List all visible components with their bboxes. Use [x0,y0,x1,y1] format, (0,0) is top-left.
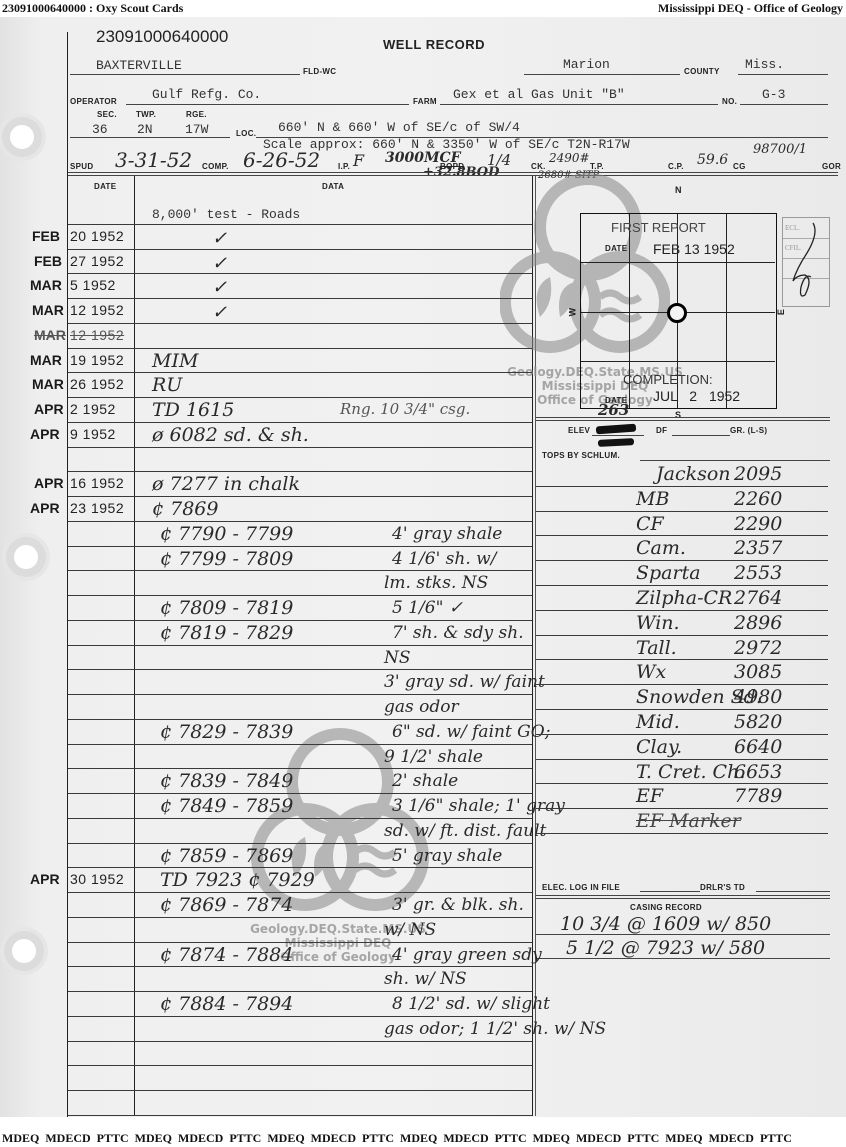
entry-day-stamp: 2 1952 [70,401,116,417]
formation-depth: 2972 [734,637,782,659]
formation-top-row: Clay.6640 [536,736,830,761]
entry-month-stamp: APR [30,500,60,516]
viewer-header: 23091000640000 : Oxy Scout Cards Mississ… [0,0,846,16]
formation-depth: 2896 [734,612,782,634]
entry-data-text: ✓ [212,228,227,249]
table-row: ¢ 7809 - 78195 1/6" ✓ [0,597,532,622]
state-value: Miss. [745,57,784,72]
formation-depth: 4980 [734,686,782,708]
county-underline [524,74,680,75]
punch-hole-top [10,125,34,149]
tops-row-rule [536,833,828,834]
casing-row-2-rule [536,958,830,959]
entry-lithology-text: 7' sh. & sdy sh. [392,623,524,643]
row-rule [68,1090,532,1091]
formation-name: EF [636,785,663,807]
entry-lithology-text: 3' gray sd. w/ faint [384,672,545,692]
gor-label: GOR [822,162,841,171]
entry-data-text: RU [152,374,182,396]
tops-row-rule [536,560,828,561]
row-rule [68,1065,532,1066]
comp-value: 6-26-52 [243,148,320,172]
elec-log-underline [640,891,700,892]
ip-label: I.P. [338,162,350,171]
state-underline [738,74,828,75]
tops-row-rule [536,808,828,809]
drlr-td-label: DRLR'S TD [700,883,745,892]
comp-label: COMP. [202,162,229,171]
field-label: FLD-WC [303,67,336,76]
tops-row-rule [536,535,828,536]
tops-row-rule [536,709,828,710]
entry-lithology-text: 6" sd. w/ faint GO; [392,722,550,742]
formation-top-row: MB2260 [536,488,830,513]
table-row: NS [0,647,532,672]
farm-underline [440,104,718,105]
entry-data-text: ¢ 7884 - 7894 [160,993,293,1015]
table-row: 9 1/2' shale [0,746,532,771]
formation-top-row: Zilpha-CR2764 [536,587,830,612]
map-west-label: W [567,308,577,317]
formation-name: CF [636,513,664,535]
entry-lithology-text: 5' gray shale [392,846,502,866]
operator-underline [126,104,409,105]
entry-lithology-text: lm. stks. NS [384,573,488,593]
formation-top-row: EF7789 [536,785,830,810]
twp-value: 2N [137,122,153,137]
entry-day-stamp: 30 1952 [70,871,124,887]
formation-top-row: Win.2896 [536,612,830,637]
formation-name: Sparta [636,562,701,584]
entry-data-text: TD 1615 [152,399,234,421]
table-row: ¢ 7790 - 77994' gray shale [0,523,532,548]
entry-data-text: ¢ 7849 - 7859 [160,795,293,817]
elec-log-label: ELEC. LOG IN FILE [542,883,620,892]
entry-data-text: ¢ 7869 - 7874 [160,894,293,916]
table-row: APR2 1952TD 1615Rng. 10 3/4" csg. [0,399,532,424]
date-column-header: DATE [94,182,116,191]
loc-value: 660' N & 660' W of SE/c of SW/4 [278,120,520,135]
entry-day-stamp: 19 1952 [70,352,124,368]
table-row: sd. w/ ft. dist. fault [0,820,532,845]
table-row: FEB27 1952✓ [0,251,532,276]
table-row: ¢ 7819 - 78297' sh. & sdy sh. [0,622,532,647]
spud-label: SPUD [70,162,93,171]
entry-data-text: ✓ [212,253,227,274]
entry-lithology-text: 4' gray shale [392,524,502,544]
table-row: APR16 1952ø 7277 in chalk [0,473,532,498]
tops-label: TOPS BY SCHLUM. [542,451,620,460]
entry-data-text: ø 7277 in chalk [152,473,300,495]
entry-month-stamp: APR [34,401,64,417]
table-row: FEB20 1952✓ [0,226,532,251]
data-column-header: DATA [322,182,344,191]
elev-underline [592,435,644,436]
spud-underline [68,172,838,173]
formation-depth: 6640 [734,736,782,758]
farm-value: Gex et al Gas Unit "B" [453,87,625,102]
map-south-label: S [675,410,681,420]
rge-value: 17W [185,122,208,137]
county-label: COUNTY [684,67,720,76]
entry-lithology-text: Rng. 10 3/4" csg. [340,400,470,418]
map-grid-h3 [581,361,775,362]
cg-label: CG [733,162,746,171]
map-grid-h1 [581,262,775,263]
cp-value: 59.6 [697,152,728,168]
df-label: DF [656,426,667,435]
tops-underline [640,460,830,461]
formation-depth: 7789 [734,785,782,807]
entry-data-text: ¢ 7859 - 7869 [160,845,293,867]
well-no-label: NO. [722,97,737,106]
entry-day-stamp: 9 1952 [70,426,116,442]
tops-row-rule [536,659,828,660]
casing-record-title: CASING RECORD [630,903,702,912]
entry-lithology-text: 9 1/2' shale [384,747,483,767]
elev-scribble-2 [598,438,634,447]
table-row: APR30 1952TD 7923 ¢ 7929 [0,869,532,894]
table-row: 8,000' test - Roads [0,201,532,226]
entry-data-text: 8,000' test - Roads [152,207,300,222]
table-row: sh. w/ NS [0,968,532,993]
review-stamp-box: ECL. CFIL. [782,217,830,307]
ck-value: 2490# [549,151,590,165]
table-row: MAR5 1952✓ [0,275,532,300]
table-row [0,449,532,474]
table-row: ¢ 7829 - 78396" sd. w/ faint GO; [0,721,532,746]
entry-data-text: ¢ 7829 - 7839 [160,721,293,743]
table-row: lm. stks. NS [0,572,532,597]
casing-top-rule-2 [536,898,830,899]
elev-scribble [596,424,636,435]
table-row: ¢ 7859 - 78695' gray shale [0,845,532,870]
formation-name: EF Marker [636,810,741,832]
data-column-divider [532,176,533,1116]
entry-lithology-text: gas odor [384,697,459,717]
casing-item-1: 10 3/4 @ 1609 w/ 850 [560,913,771,935]
table-row: MAR12 1952✓ [0,300,532,325]
entry-month-stamp: APR [34,475,64,491]
entry-lithology-text: 4' gray green sdy [392,945,542,965]
map-bottom-rule-2 [536,420,830,421]
well-no-underline [740,104,828,105]
table-row: ¢ 7839 - 78492' shale [0,770,532,795]
str-underline [70,137,230,138]
entry-data-text: ¢ 7790 - 7799 [160,523,293,545]
header-double-rule [68,175,838,176]
entry-lithology-text: 5 1/6" ✓ [392,598,463,618]
entry-day-stamp: 12 1952 [70,302,124,318]
formation-top-row: Tall.2972 [536,637,830,662]
formation-top-row: Wx3085 [536,661,830,686]
entry-data-text: TD 7923 ¢ 7929 [160,869,315,891]
entry-month-stamp: FEB [34,253,62,269]
formation-name: Win. [636,612,680,634]
elev-label: ELEV [568,426,590,435]
df-underline [672,435,730,436]
entry-lithology-text: 3' gr. & blk. sh. [392,895,524,915]
casing-top-rule [536,895,830,896]
tops-row-rule [536,511,828,512]
entry-month-stamp: MAR [32,302,64,318]
entry-lithology-text: gas odor; 1 1/2' sh. w/ NS [384,1019,606,1039]
entry-data-text: ¢ 7874 - 7884 [160,944,293,966]
table-row: MAR19 1952MIM [0,350,532,375]
entry-data-text: ¢ 7869 [152,498,218,520]
table-row: 3' gray sd. w/ faint [0,671,532,696]
entry-month-stamp: FEB [32,228,60,244]
tops-row-rule [536,783,828,784]
entry-month-stamp: APR [30,426,60,442]
entry-data-text: MIM [152,350,198,372]
tops-row-rule [536,635,828,636]
formation-name: MB [636,488,669,510]
formation-depth: 5820 [734,711,782,733]
well-record-card: 23091000640000 WELL RECORD BAXTERVILLE F… [0,17,846,1117]
entry-lithology-text: 2' shale [392,771,458,791]
table-row: ¢ 7869 - 78743' gr. & blk. sh. [0,894,532,919]
table-row: w/ NS [0,919,532,944]
casing-item-2: 5 1/2 @ 7923 w/ 580 [566,937,765,959]
formation-top-row: Snowden Sd.4980 [536,686,830,711]
entry-month-stamp: APR [30,871,60,887]
table-row: gas odor; 1 1/2' sh. w/ NS [0,1018,532,1043]
entry-data-text: ✓ [212,277,227,298]
api-number: 23091000640000 [96,27,228,47]
formation-name: T. Cret. Ch. [636,761,745,783]
table-row: ¢ 7799 - 78094 1/6' sh. w/ [0,548,532,573]
formation-top-row: CF2290 [536,513,830,538]
casing-row-1-rule [536,934,830,935]
tops-row-rule [536,486,828,487]
entry-data-text: ✓ [212,302,227,323]
formation-depth: 2290 [734,513,782,535]
formation-depth: 2357 [734,537,782,559]
formation-top-row: Jackson2095 [536,463,830,488]
choke-value: 1/4 [487,151,511,169]
tops-row-rule [536,684,828,685]
tops-row-rule [536,734,828,735]
entry-day-stamp: 16 1952 [70,475,124,491]
table-row: ¢ 7874 - 78844' gray green sdy [0,944,532,969]
entry-data-text: ¢ 7819 - 7829 [160,622,293,644]
entry-day-stamp: 20 1952 [70,228,124,244]
farm-label: FARM [413,97,437,106]
entry-data-text: ¢ 7809 - 7819 [160,597,293,619]
entry-lithology-text: 4 1/6' sh. w/ [392,549,496,569]
entry-lithology-text: 8 1/2' sd. w/ slight [392,994,550,1014]
formation-name: Wx [636,661,666,683]
tops-row-rule [536,585,828,586]
map-bottom-rule [536,417,830,418]
county-value: Marion [563,57,610,72]
formation-depth: 2764 [734,587,782,609]
formation-name: Mid. [636,711,680,733]
table-row: MAR12 1952 [0,325,532,350]
formation-depth: 3085 [734,661,782,683]
table-row: ¢ 7884 - 78948 1/2' sd. w/ slight [0,993,532,1018]
formation-top-row: Cam.2357 [536,537,830,562]
row-rule [68,1115,532,1116]
viewer-footer: MDEQ MDECD PTTC MDEQ MDECD PTTC MDEQ MDE… [0,1130,846,1147]
form-title: WELL RECORD [383,37,485,52]
formation-name: Jackson [656,463,731,485]
sec-label: SEC. [97,110,117,119]
rge-label: RGE. [186,110,207,119]
table-row: APR23 1952¢ 7869 [0,498,532,523]
formation-top-row: T. Cret. Ch.6653 [536,761,830,786]
formation-top-row: EF Marker [536,810,830,835]
entry-lithology-text: sd. w/ ft. dist. fault [384,821,546,841]
well-no-value: G-3 [762,87,785,102]
operator-label: OPERATOR [70,97,117,106]
entry-data-text: ¢ 7799 - 7809 [160,548,293,570]
formation-name: Zilpha-CR [636,587,732,609]
entry-lithology-text: NS [384,648,411,668]
entry-month-stamp: MAR [30,352,62,368]
entry-day-stamp: 26 1952 [70,376,124,392]
table-row: gas odor [0,696,532,721]
table-row: MAR26 1952RU [0,374,532,399]
formation-depth: 2095 [734,463,782,485]
first-report-label: FIRST REPORT [611,220,706,235]
formation-top-row: Mid.5820 [536,711,830,736]
entry-day-stamp: 27 1952 [70,253,124,269]
section-location-map: FIRST REPORT DATE FEB 13 1952 COMPLETION… [580,213,777,409]
elevation-value: 263 [598,401,629,419]
operator-value: Gulf Refg. Co. [152,87,261,102]
entry-day-stamp: 5 1952 [70,277,116,293]
completion-label: COMPLETION: [623,372,713,387]
table-row: ¢ 7849 - 78593 1/6" shale; 1' gray [0,795,532,820]
well-location-marker-icon [667,303,687,323]
ip-flow: F [353,151,364,170]
tops-row-rule [536,610,828,611]
entry-data-text: ¢ 7839 - 7849 [160,770,293,792]
map-north-label: N [675,185,682,195]
map-east-label: E [776,309,786,315]
formation-depth: 2553 [734,562,782,584]
entry-month-stamp: MAR [34,327,66,343]
formation-depth: 6653 [734,761,782,783]
formation-name: Tall. [636,637,677,659]
loc-label: LOC. [236,129,256,138]
entry-month-stamp: MAR [30,277,62,293]
spud-value: 3-31-52 [115,148,192,172]
tops-row-rule [536,759,828,760]
formation-top-row: Sparta2553 [536,562,830,587]
entry-lithology-text: w/ NS [384,920,436,940]
document-id-title: 23091000640000 : Oxy Scout Cards [2,0,183,16]
entry-data-text: ø 6082 sd. & sh. [152,424,309,446]
gor-value: 98700/1 [753,142,807,157]
entry-lithology-text: sh. w/ NS [384,969,467,989]
drlr-td-underline [756,891,830,892]
agency-title: Mississippi DEQ - Office of Geology [658,0,843,16]
cp-label: C.P. [668,162,684,171]
completion-date: JUL 2 1952 [653,388,740,404]
formation-name: Clay. [636,736,682,758]
first-report-date: FEB 13 1952 [653,241,735,257]
entry-day-stamp: 12 1952 [70,327,124,343]
gr-label: GR. (L-S) [730,426,767,435]
entry-day-stamp: 23 1952 [70,500,124,516]
entry-month-stamp: MAR [32,376,64,392]
formation-depth: 2260 [734,488,782,510]
sec-value: 36 [92,122,108,137]
field-value: BAXTERVILLE [96,58,182,73]
first-report-date-label: DATE [605,244,627,253]
formation-name: Cam. [636,537,686,559]
field-underline [70,74,300,75]
table-row: APR9 1952ø 6082 sd. & sh. [0,424,532,449]
twp-label: TWP. [136,110,156,119]
initials-signature-icon [783,218,829,306]
